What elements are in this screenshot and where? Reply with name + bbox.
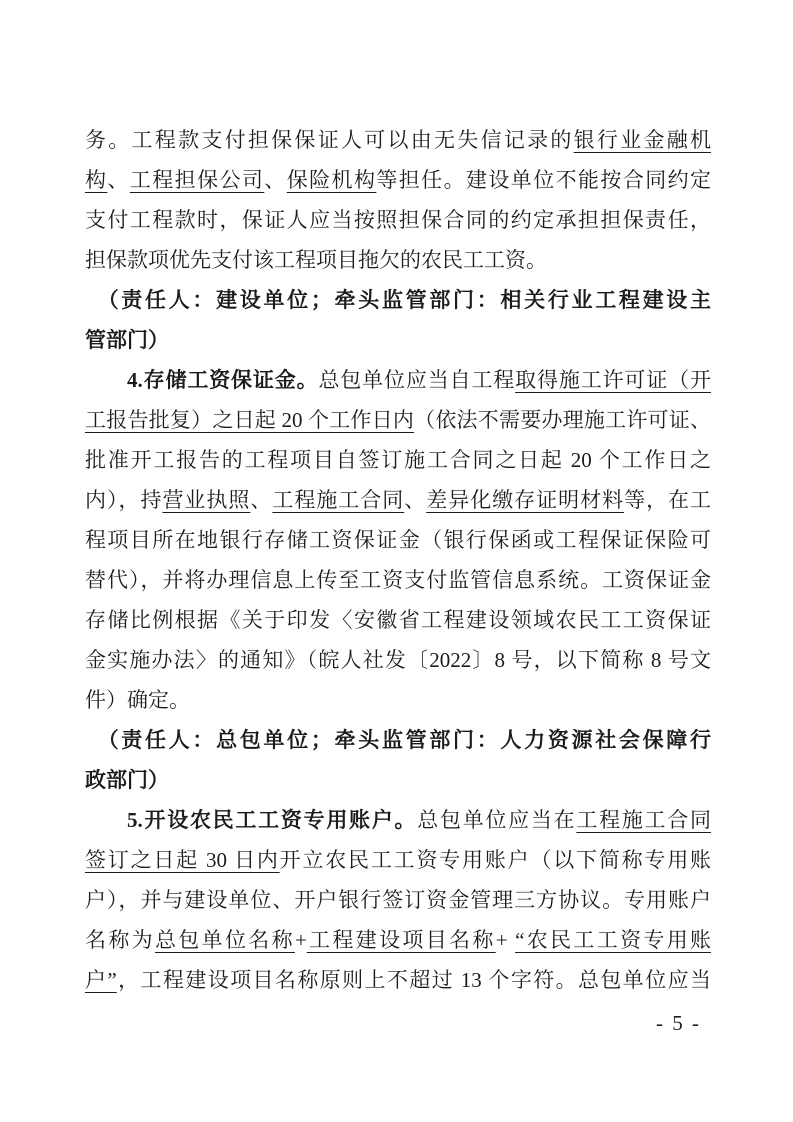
text-segment: + (496, 928, 515, 952)
text-segment: 、 (250, 488, 272, 512)
text-segment: （依法不需要办理施工许可证、 (414, 408, 711, 432)
text-line: 替代），并将办理信息上传至工资支付监管信息系统。工资保证金 (85, 560, 711, 600)
text-segment: 等，在工 (624, 488, 711, 512)
text-line: 户），并与建设单位、开户银行签订资金管理三方协议。专用账户 (85, 880, 711, 920)
text-line: 4.存储工资保证金。总包单位应当自工程取得施工许可证（开 (85, 360, 711, 400)
text-segment: 户），并与建设单位、开户银行签订资金管理三方协议。专用账户 (85, 888, 711, 912)
text-line: 户”，工程建设项目名称原则上不超过 13 个字符。总包单位应当 (85, 960, 711, 1000)
underlined-text: 构 (85, 168, 107, 192)
underlined-text: 户” (85, 968, 117, 992)
text-line: 支付工程款时，保证人应当按照担保合同的约定承担担保责任， (85, 200, 711, 240)
underlined-text: 银行业金融机 (574, 128, 711, 152)
text-segment: 总包单位应当自工程 (318, 368, 515, 392)
text-segment: （责任人：建设单位；牵头监管部门：相关行业工程建设主 (98, 288, 711, 312)
text-segment: 总包单位应当在 (417, 808, 576, 832)
underlined-text: 工程施工合同 (576, 808, 711, 832)
text-line: 程项目所在地银行存储工资保证金（银行保函或工程保证保险可 (85, 520, 711, 560)
text-segment: 程项目所在地银行存储工资保证金（银行保函或工程保证保险可 (85, 528, 711, 552)
underlined-text: 取得施工许可证（开 (515, 368, 711, 392)
text-segment: 、 (264, 168, 286, 192)
page-number: - 5 - (656, 1008, 701, 1038)
text-segment: 管部门） (85, 328, 169, 352)
text-line: 金实施办法〉的通知》（皖人社发〔2022〕8 号，以下简称 8 号文 (85, 640, 711, 680)
underlined-text: 签订之日起 30 日内 (85, 848, 280, 872)
text-segment: 金实施办法〉的通知》（皖人社发〔2022〕8 号，以下简称 8 号文 (85, 648, 711, 672)
text-line: 批准开工报告的工程项目自签订施工合同之日起 20 个工作日之 (85, 440, 711, 480)
text-segment: + (295, 928, 307, 952)
text-segment: 、 (107, 168, 129, 192)
text-segment: 、 (404, 488, 426, 512)
text-segment: （责任人：总包单位；牵头监管部门：人力资源社会保障行 (98, 728, 711, 752)
text-line: 构、工程担保公司、保险机构等担任。建设单位不能按合同约定 (85, 160, 711, 200)
text-segment: 务。工程款支付担保保证人可以由无失信记录的 (85, 128, 574, 152)
underlined-text: 工程建设项目名称 (307, 928, 496, 952)
underlined-text: 工报告批复）之日起 20 个工作日内 (85, 408, 414, 432)
text-segment: 批准开工报告的工程项目自签订施工合同之日起 20 个工作日之 (85, 448, 711, 472)
text-line: 工报告批复）之日起 20 个工作日内（依法不需要办理施工许可证、 (85, 400, 711, 440)
underlined-text: 营业执照 (162, 488, 250, 512)
text-line: 签订之日起 30 日内开立农民工工资专用账户（以下简称专用账 (85, 840, 711, 880)
underlined-text: 工程施工合同 (272, 488, 404, 512)
text-segment: 支付工程款时，保证人应当按照担保合同的约定承担担保责任， (85, 208, 711, 232)
text-segment: 存储比例根据《关于印发〈安徽省工程建设领域农民工工资保证 (85, 608, 711, 632)
text-line: 名称为总包单位名称+工程建设项目名称+ “农民工工资专用账 (85, 920, 711, 960)
underlined-text: 保险机构 (287, 168, 377, 192)
text-line: （责任人：总包单位；牵头监管部门：人力资源社会保障行 (85, 720, 711, 760)
text-line: 内），持营业执照、工程施工合同、差异化缴存证明材料等，在工 (85, 480, 711, 520)
text-line: 存储比例根据《关于印发〈安徽省工程建设领域农民工工资保证 (85, 600, 711, 640)
text-segment: 开立农民工工资专用账户（以下简称专用账 (280, 848, 711, 872)
underlined-text: 总包单位名称 (155, 928, 295, 952)
text-line: 件）确定。 (85, 680, 711, 720)
text-segment: 内），持 (85, 488, 162, 512)
text-segment: 件）确定。 (85, 688, 190, 712)
text-line: 管部门） (85, 320, 711, 360)
text-line: （责任人：建设单位；牵头监管部门：相关行业工程建设主 (85, 280, 711, 320)
text-segment: 政部门） (85, 768, 169, 792)
text-segment: 担保款项优先支付该工程项目拖欠的农民工工资。 (85, 248, 547, 272)
text-segment: ，工程建设项目名称原则上不超过 13 个字符。总包单位应当 (117, 968, 711, 992)
underlined-text: “农民工工资专用账 (515, 928, 711, 952)
text-line: 5.开设农民工工资专用账户。总包单位应当在工程施工合同 (85, 800, 711, 840)
text-segment: 4.存储工资保证金。 (127, 368, 318, 392)
text-line: 担保款项优先支付该工程项目拖欠的农民工工资。 (85, 240, 711, 280)
text-line: 务。工程款支付担保保证人可以由无失信记录的银行业金融机 (85, 120, 711, 160)
text-segment: 等担任。建设单位不能按合同约定 (376, 168, 711, 192)
text-segment: 替代），并将办理信息上传至工资支付监管信息系统。工资保证金 (85, 568, 711, 592)
underlined-text: 差异化缴存证明材料 (426, 488, 624, 512)
text-segment: 5.开设农民工工资专用账户。 (127, 808, 417, 832)
underlined-text: 工程担保公司 (130, 168, 264, 192)
document-page: 务。工程款支付担保保证人可以由无失信记录的银行业金融机构、工程担保公司、保险机构… (0, 0, 793, 1122)
document-body: 务。工程款支付担保保证人可以由无失信记录的银行业金融机构、工程担保公司、保险机构… (85, 120, 711, 1000)
text-segment: 名称为 (85, 928, 155, 952)
text-line: 政部门） (85, 760, 711, 800)
